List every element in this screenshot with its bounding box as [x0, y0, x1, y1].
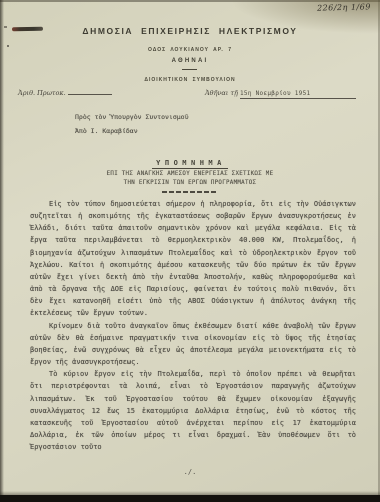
scan-edge-left — [0, 0, 4, 502]
scanned-memo-page: 226/2η 1/69 ΔΗΜΟΣΙΑ ΕΠΙΧΕΙΡΗΣΙΣ ΗΛΕΚΤΡΙΣ… — [0, 0, 380, 502]
protocol-number-field: Ἀριθ. Πρωτοκ. — [18, 89, 112, 97]
date-field: Ἀθῆναι τῇ 15η Νοεμβρίου 1951 — [205, 89, 356, 99]
protocol-blank-line — [68, 94, 112, 95]
body-paragraph-2: Κρίνομεν διὰ τοῦτο ἀναγκαῖον ὅπως ἐκθέσω… — [30, 320, 356, 369]
body-paragraph-3: Τὸ κύριον ἔργον εἰς τὴν Πτολεμαΐδα, περὶ… — [30, 368, 356, 453]
memo-subtitle-line1: ΕΠΙ ΤΗΣ ΑΝΑΓΚΗΣ ΑΜΕΣΟΥ ΕΝΕΡΓΕΙΑΣ ΣΧΕΤΙΚΩ… — [0, 171, 380, 177]
title-separator — [162, 191, 218, 193]
memo-body: Εἰς τὸν τύπον δημοσιεύεται σήμερον ἡ πλη… — [30, 198, 356, 453]
memo-title-wrap: ΥΠΟΜΝΗΜΑ — [0, 150, 380, 169]
recipient-to-line: Πρὸς τὸν Ὑπουργὸν Συντονισμοῦ — [75, 111, 189, 125]
date-label: Ἀθῆναι τῇ — [205, 89, 238, 97]
memo-title: ΥΠΟΜΝΗΜΑ — [152, 159, 228, 169]
memo-subtitle-line2: ΤΗΝ ΕΓΚΡΙΣΙΝ ΤΩΝ ΕΡΓΩΝ ΠΡΟΓΡΑΜΜΑΤΟΣ — [0, 180, 380, 186]
organization-city: ΑΘΗΝΑΙ — [0, 58, 380, 64]
body-paragraph-1: Εἰς τὸν τύπον δημοσιεύεται σήμερον ἡ πλη… — [30, 198, 356, 320]
scan-bottom-bar — [0, 495, 380, 502]
sender-from-line: Ἀπὸ Ι. Καραβίδαν — [75, 125, 189, 139]
date-value: 15η Νοεμβρίου 1951 — [240, 90, 356, 99]
recipient-block: Πρὸς τὸν Ὑπουργὸν Συντονισμοῦ Ἀπὸ Ι. Καρ… — [75, 111, 189, 138]
organization-name: ΔΗΜΟΣΙΑ ΕΠΙΧΕΙΡΗΣΙΣ ΗΛΕΚΤΡΙΣΜΟΥ — [0, 26, 380, 36]
organization-address: ΟΔΟΣ ΛΟΥΚΙΑΝΟΥ ΑΡ. 7 — [0, 47, 380, 53]
page-continuation-mark: ./. — [0, 468, 380, 476]
city-underline-rule — [182, 69, 197, 70]
protocol-label: Ἀριθ. Πρωτοκ. — [18, 89, 66, 97]
handwritten-reference-number: 226/2η 1/69 — [317, 2, 371, 12]
organization-department: ΔΙΟΙΚΗΤΙΚΟΝ ΣΥΜΒΟΥΛΙΟΝ — [0, 77, 380, 83]
